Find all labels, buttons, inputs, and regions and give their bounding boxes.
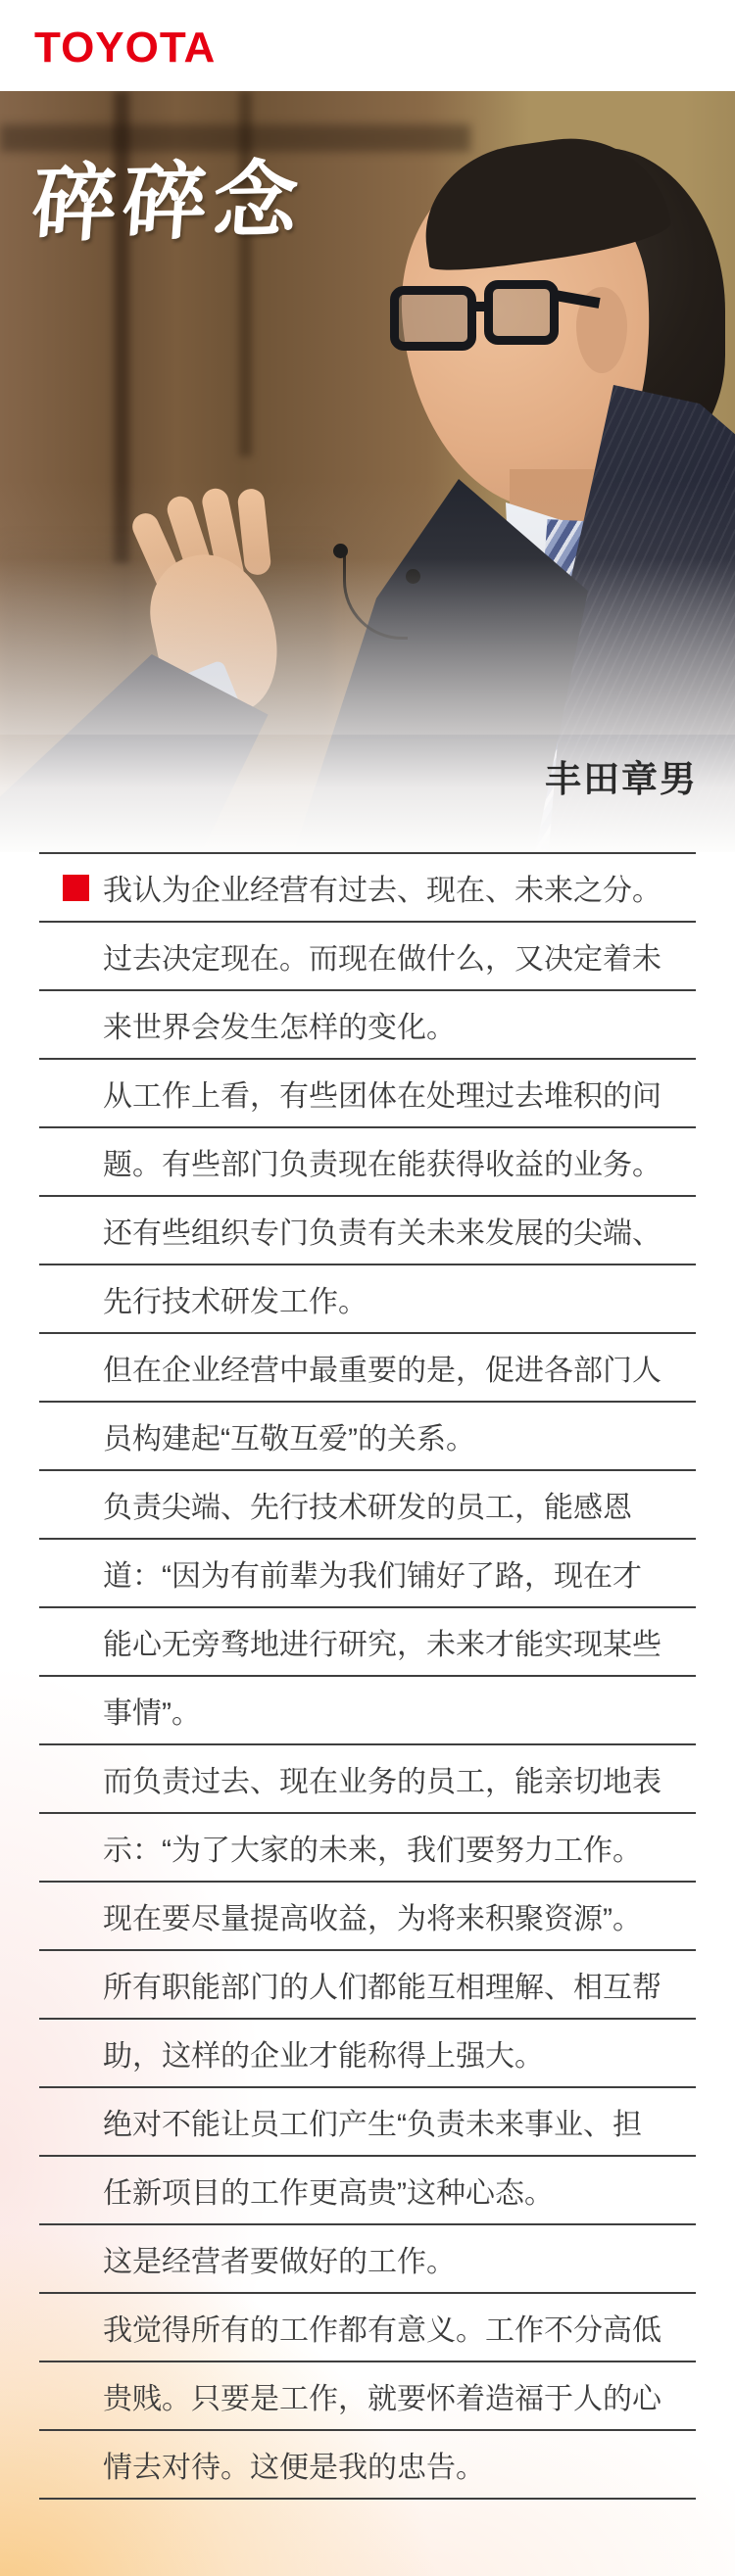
author-name: 丰田章男 — [545, 749, 698, 802]
photo-white-fade — [0, 558, 735, 852]
hero-photo: 碎碎念 丰田章男 — [0, 91, 735, 852]
quote-line: 还有些组织专门负责有关未来发展的尖端、 — [103, 1209, 661, 1252]
quote-line: 现在要尽量提高收益，为将来积聚资源”。 — [103, 1894, 642, 1937]
quote-row: 绝对不能让员工们产生“负责未来事业、担 — [39, 2086, 696, 2155]
quote-row: 负责尖端、先行技术研发的员工，能感恩 — [39, 1469, 696, 1538]
quote-line: 来世界会发生怎样的变化。 — [103, 1003, 456, 1046]
quote-row: 过去决定现在。而现在做什么，又决定着未 — [39, 921, 696, 989]
quote-list: 我认为企业经营有过去、现在、未来之分。 过去决定现在。而现在做什么，又决定着未 … — [39, 852, 696, 2500]
page-title: 碎碎念 — [28, 132, 308, 259]
quote-row: 我觉得所有的工作都有意义。工作不分高低 — [39, 2292, 696, 2361]
quote-line: 从工作上看，有些团体在处理过去堆积的问 — [103, 1072, 661, 1115]
quote-row: 员构建起“互敬互爱”的关系。 — [39, 1401, 696, 1469]
quote-row: 现在要尽量提高收益，为将来积聚资源”。 — [39, 1881, 696, 1949]
photo-glasses-lens — [390, 286, 476, 351]
quote-line: 绝对不能让员工们产生“负责未来事业、担 — [103, 2100, 642, 2143]
quote-line: 过去决定现在。而现在做什么，又决定着未 — [103, 934, 661, 978]
quote-line: 我认为企业经营有过去、现在、未来之分。 — [103, 866, 661, 909]
quote-row: 这是经营者要做好的工作。 — [39, 2223, 696, 2292]
quote-line: 但在企业经营中最重要的是，促进各部门人 — [103, 1346, 661, 1389]
quote-line: 贵贱。只要是工作，就要怀着造福于人的心 — [103, 2374, 661, 2417]
quote-row: 贵贱。只要是工作，就要怀着造福于人的心 — [39, 2361, 696, 2429]
quote-line: 示：“为了大家的未来，我们要努力工作。 — [103, 1826, 642, 1869]
quote-row: 先行技术研发工作。 — [39, 1264, 696, 1332]
quote-line: 员构建起“互敬互爱”的关系。 — [103, 1414, 475, 1457]
header-bar: TOYOTA — [0, 0, 735, 91]
quote-row: 助，这样的企业才能称得上强大。 — [39, 2018, 696, 2086]
quote-row: 示：“为了大家的未来，我们要努力工作。 — [39, 1812, 696, 1881]
quote-row: 还有些组织专门负责有关未来发展的尖端、 — [39, 1195, 696, 1264]
photo-glasses-lens — [484, 280, 559, 345]
quote-line: 事情”。 — [103, 1689, 201, 1732]
quote-line: 题。有些部门负责现在能获得收益的业务。 — [103, 1140, 661, 1183]
red-square-bullet-icon — [63, 875, 89, 901]
quote-row: 所有职能部门的人们都能互相理解、相互帮 — [39, 1949, 696, 2018]
quote-row: 从工作上看，有些团体在处理过去堆积的问 — [39, 1058, 696, 1126]
quote-line: 能心无旁骛地进行研究，未来才能实现某些 — [103, 1620, 661, 1663]
quote-row: 而负责过去、现在业务的员工，能亲切地表 — [39, 1743, 696, 1812]
quote-line: 情去对待。这便是我的忠告。 — [103, 2443, 485, 2486]
quote-line: 任新项目的工作更高贵”这种心态。 — [103, 2169, 554, 2212]
quote-line: 负责尖端、先行技术研发的员工，能感恩 — [103, 1483, 632, 1526]
quote-line: 这是经营者要做好的工作。 — [103, 2237, 456, 2280]
photo-glasses — [390, 280, 586, 358]
toyota-logo: TOYOTA — [34, 24, 216, 72]
quote-row: 事情”。 — [39, 1675, 696, 1743]
quote-line: 我觉得所有的工作都有意义。工作不分高低 — [103, 2306, 661, 2349]
quote-line: 助，这样的企业才能称得上强大。 — [103, 2031, 544, 2075]
quote-row: 情去对待。这便是我的忠告。 — [39, 2429, 696, 2498]
quote-row: 题。有些部门负责现在能获得收益的业务。 — [39, 1126, 696, 1195]
quote-line: 道：“因为有前辈为我们铺好了路，现在才 — [103, 1551, 642, 1595]
quote-line: 所有职能部门的人们都能互相理解、相互帮 — [103, 1963, 661, 2006]
quote-row: 来世界会发生怎样的变化。 — [39, 989, 696, 1058]
quote-row: 但在企业经营中最重要的是，促进各部门人 — [39, 1332, 696, 1401]
quote-row: 任新项目的工作更高贵”这种心态。 — [39, 2155, 696, 2223]
quote-section: 我认为企业经营有过去、现在、未来之分。 过去决定现在。而现在做什么，又决定着未 … — [0, 852, 735, 2576]
quote-row: 我认为企业经营有过去、现在、未来之分。 — [39, 852, 696, 921]
quote-row: 能心无旁骛地进行研究，未来才能实现某些 — [39, 1606, 696, 1675]
photo-glasses-bridge — [472, 302, 488, 311]
quote-line: 而负责过去、现在业务的员工，能亲切地表 — [103, 1757, 661, 1800]
quote-row: 道：“因为有前辈为我们铺好了路，现在才 — [39, 1538, 696, 1606]
quote-line: 先行技术研发工作。 — [103, 1277, 367, 1320]
